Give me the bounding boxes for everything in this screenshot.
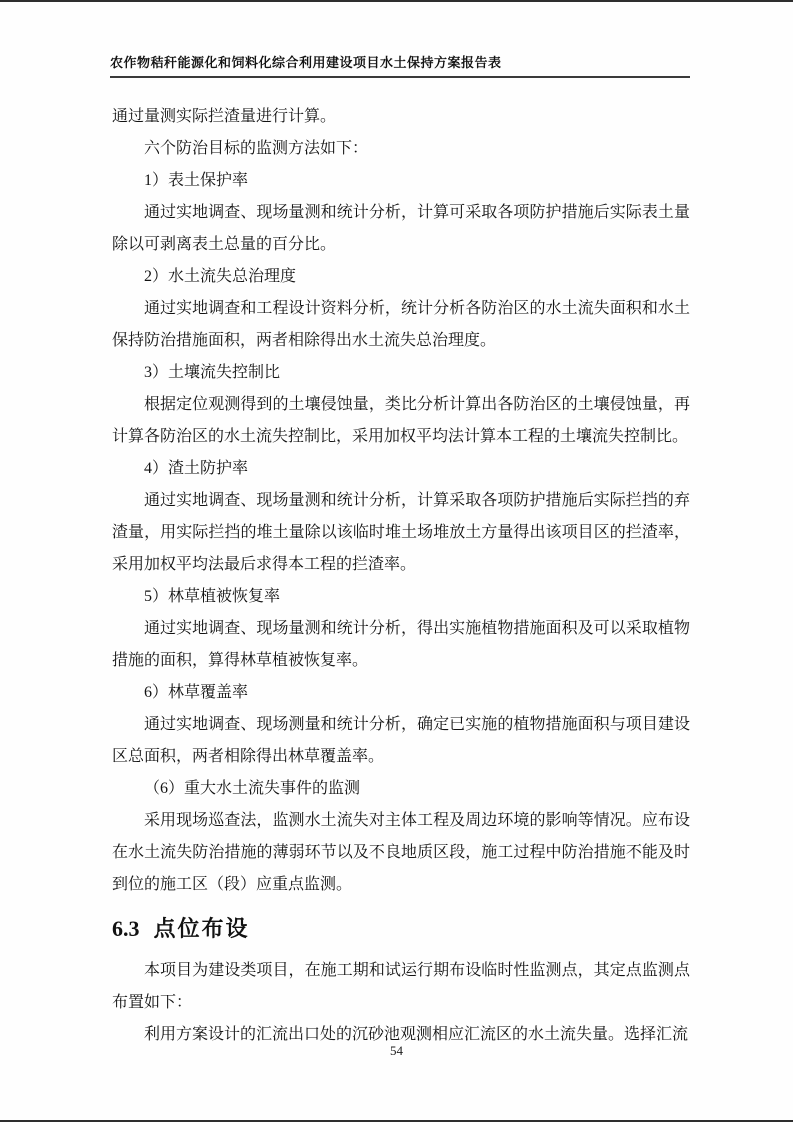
section-heading: 6.3点位布设 [112, 914, 690, 944]
paragraph: 通过实地调查、现场测量和统计分析，确定已实施的植物措施面积与项目建设区总面积，两… [112, 709, 690, 773]
list-item-heading: 3）土壤流失控制比 [112, 357, 690, 389]
paragraph: 通过量测实际拦渣量进行计算。 [112, 101, 690, 133]
page-header: 农作物秸秆能源化和饲料化综合利用建设项目水土保持方案报告表 [110, 52, 690, 78]
paragraph: 通过实地调查、现场量测和统计分析，计算采取各项防护措施后实际拦挡的弃渣量，用实际… [112, 485, 690, 581]
paragraph: 通过实地调查、现场量测和统计分析，计算可采取各项防护措施后实际表土量除以可剥离表… [112, 197, 690, 261]
document-page: 农作物秸秆能源化和饲料化综合利用建设项目水土保持方案报告表 通过量测实际拦渣量进… [0, 0, 793, 1122]
section-title: 点位布设 [154, 916, 250, 941]
list-item-heading: 6）林草覆盖率 [112, 677, 690, 709]
paragraph: 根据定位观测得到的土壤侵蚀量，类比分析计算出各防治区的土壤侵蚀量，再计算各防治区… [112, 389, 690, 453]
header-title: 农作物秸秆能源化和饲料化综合利用建设项目水土保持方案报告表 [110, 52, 690, 71]
list-item-heading: 5）林草植被恢复率 [112, 581, 690, 613]
paragraph: 本项目为建设类项目，在施工期和试运行期布设临时性监测点，其定点监测点布置如下： [112, 955, 690, 1019]
list-item-heading: 4）渣土防护率 [112, 453, 690, 485]
page-number: 54 [390, 1043, 403, 1058]
section-number: 6.3 [112, 916, 140, 941]
paragraph: 通过实地调查和工程设计资料分析，统计分析各防治区的水土流失面积和水土保持防治措施… [112, 293, 690, 357]
list-item-heading: （6）重大水土流失事件的监测 [112, 773, 690, 805]
paragraph: 采用现场巡查法，监测水土流失对主体工程及周边环境的影响等情况。应布设在水土流失防… [112, 805, 690, 901]
page-footer: 54 [0, 1042, 793, 1060]
list-item-heading: 1）表土保护率 [112, 165, 690, 197]
paragraph: 通过实地调查、现场量测和统计分析，得出实施植物措施面积及可以采取植物措施的面积，… [112, 613, 690, 677]
list-item-heading: 2）水土流失总治理度 [112, 261, 690, 293]
paragraph: 六个防治目标的监测方法如下： [112, 133, 690, 165]
document-body: 通过量测实际拦渣量进行计算。 六个防治目标的监测方法如下： 1）表土保护率 通过… [112, 101, 690, 1051]
